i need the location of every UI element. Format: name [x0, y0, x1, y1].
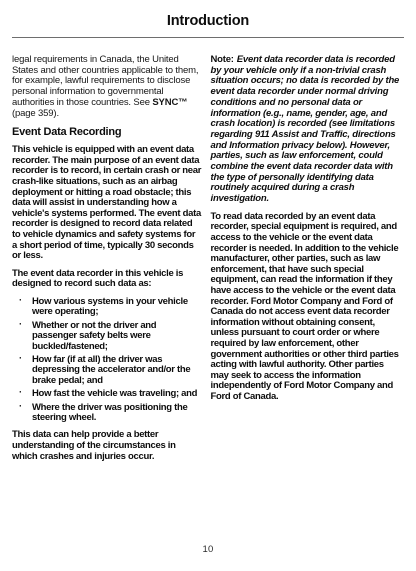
note-label: Note:	[211, 54, 234, 65]
content-columns: legal requirements in Canada, the United…	[0, 38, 416, 469]
page-title: Introduction	[0, 13, 416, 29]
legal-requirements-paragraph: legal requirements in Canada, the United…	[12, 55, 202, 119]
edr-list-intro-paragraph: The event data recorder in this vehicle …	[12, 269, 202, 290]
data-usefulness-paragraph: This data can help provide a better unde…	[12, 430, 202, 462]
manual-page: Introduction legal requirements in Canad…	[0, 0, 416, 571]
right-column: Note:Event data recorder data is recorde…	[211, 55, 405, 469]
list-item-text: How various systems in your vehicle were…	[32, 296, 188, 317]
note-body-text: Event data recorder data is recorded by …	[211, 54, 400, 204]
list-item-text: Where the driver was positioning the ste…	[32, 402, 187, 423]
sync-page-reference: (page 359).	[12, 108, 59, 119]
list-item: How far (if at all) the driver was depre…	[12, 355, 202, 386]
list-item-text: How far (if at all) the driver was depre…	[32, 354, 190, 386]
page-number: 10	[0, 544, 416, 555]
recorded-data-list: How various systems in your vehicle were…	[12, 297, 202, 423]
sync-reference: SYNC™	[152, 97, 187, 108]
list-item: How various systems in your vehicle were…	[12, 297, 202, 318]
edr-purpose-paragraph: This vehicle is equipped with an event d…	[12, 145, 202, 262]
list-item: Whether or not the driver and passenger …	[12, 321, 202, 352]
list-item-text: How fast the vehicle was traveling; and	[32, 388, 197, 399]
list-item-text: Whether or not the driver and passenger …	[32, 320, 156, 352]
list-item: Where the driver was positioning the ste…	[12, 403, 202, 424]
event-data-recording-heading: Event Data Recording	[12, 126, 202, 138]
page-header: Introduction	[0, 0, 416, 38]
left-column: legal requirements in Canada, the United…	[12, 55, 202, 469]
list-item: How fast the vehicle was traveling; and	[12, 389, 202, 399]
data-access-paragraph: To read data recorded by an event data r…	[211, 212, 405, 403]
note-paragraph: Note:Event data recorder data is recorde…	[211, 55, 405, 205]
